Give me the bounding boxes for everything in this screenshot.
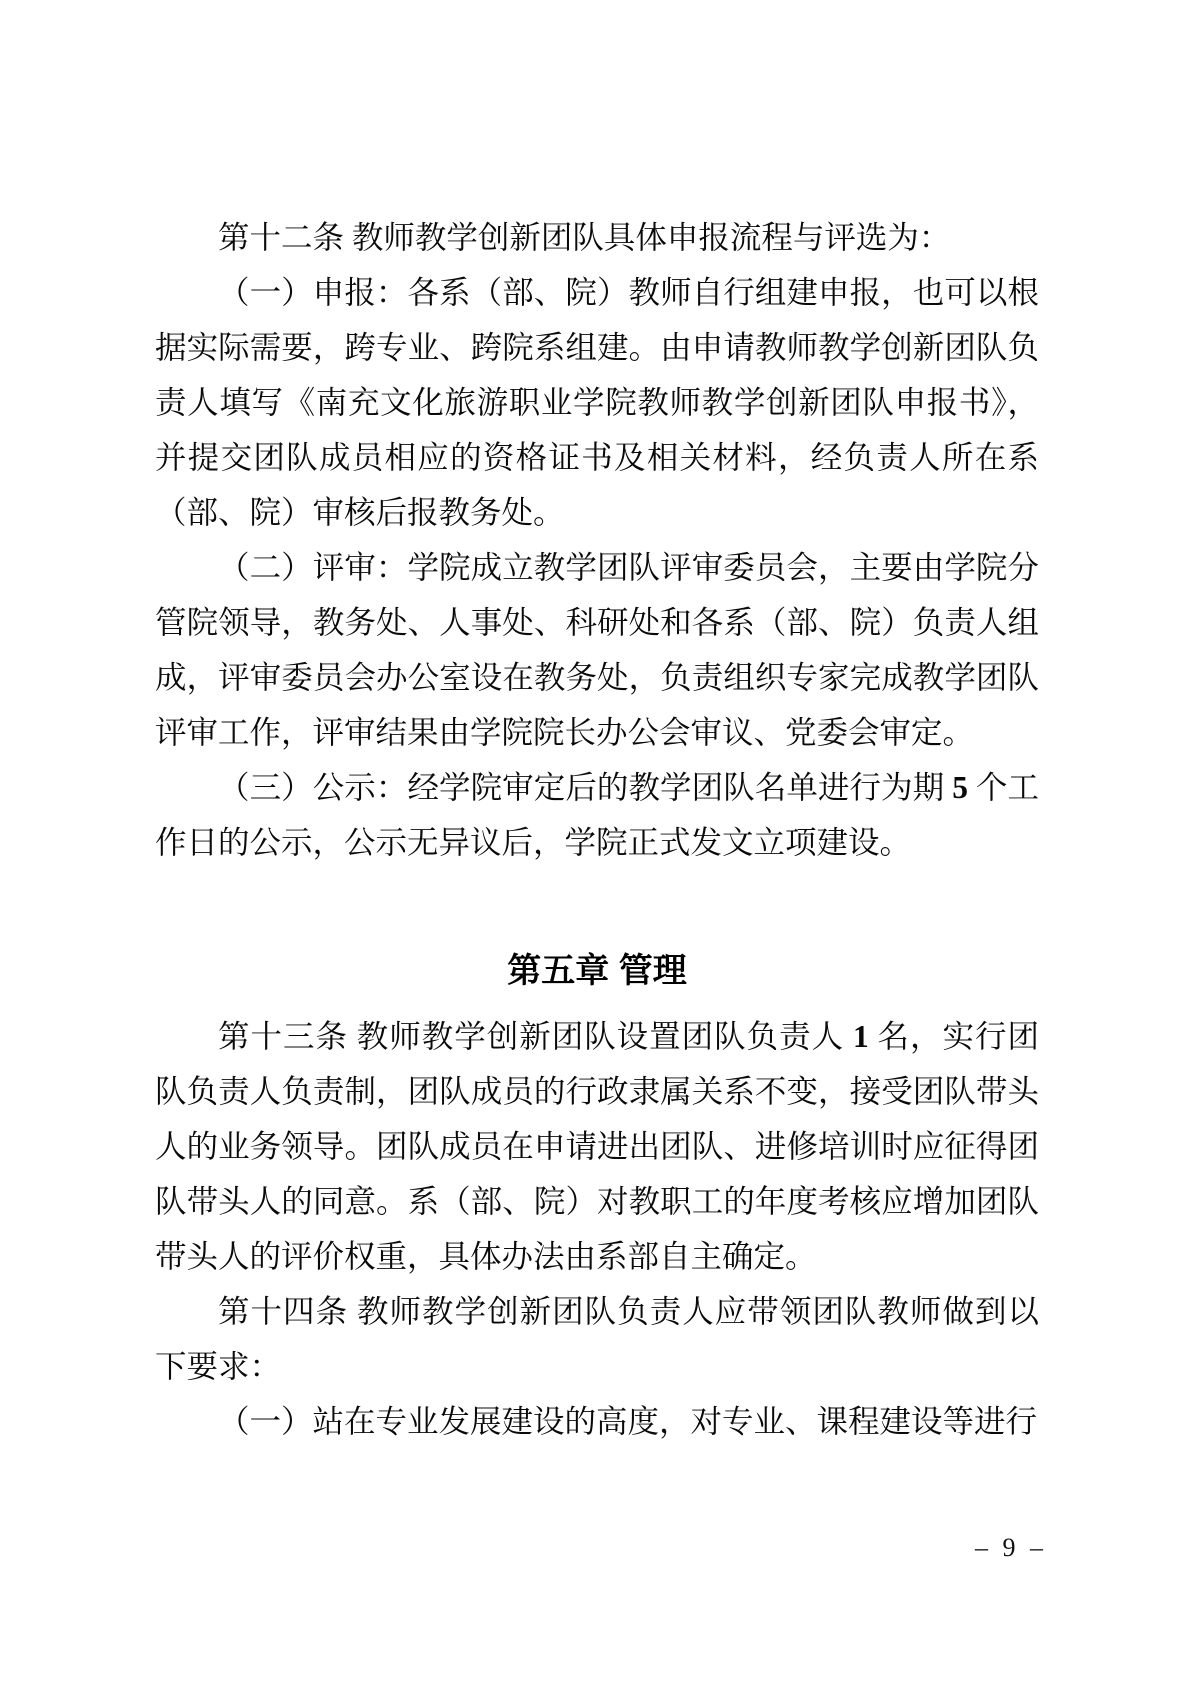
- document-body: 第十二条 教师教学创新团队具体申报流程与评选为：（一）申报：各系（部、院）教师自…: [155, 210, 1039, 1449]
- article-12-intro: 第十二条 教师教学创新团队具体申报流程与评选为：: [155, 210, 1039, 265]
- article-13: 第十三条 教师教学创新团队设置团队负责人 1 名，实行团队负责人负责制，团队成员…: [155, 1009, 1039, 1284]
- chapter-5-heading: 第五章 管理: [155, 944, 1039, 999]
- clause-application: （一）申报：各系（部、院）教师自行组建申报，也可以根据实际需要，跨专业、跨院系组…: [155, 265, 1039, 540]
- text-segment: 第十三条 教师教学创新团队设置团队负责人: [218, 1019, 853, 1054]
- page-number: – 9 –: [975, 1533, 1047, 1563]
- clause-requirement-1: （一）站在专业发展建设的高度，对专业、课程建设等进行: [155, 1394, 1039, 1449]
- article-14: 第十四条 教师教学创新团队负责人应带领团队教师做到以下要求：: [155, 1284, 1039, 1394]
- text-segment: 名，实行团队负责人负责制，团队成员的行政隶属关系不变，接受团队带头人的业务领导。…: [155, 1019, 1039, 1274]
- clause-review: （二）评审：学院成立教学团队评审委员会，主要由学院分管院领导，教务处、人事处、科…: [155, 540, 1039, 760]
- bold-text: 1: [853, 1019, 869, 1054]
- text-segment: （二）评审：学院成立教学团队评审委员会，主要由学院分管院领导，教务处、人事处、科…: [155, 550, 1039, 750]
- text-segment: （三）公示：经学院审定后的教学团队名单进行为期: [218, 770, 952, 805]
- bold-text: 第五章 管理: [507, 952, 686, 990]
- clause-publicity: （三）公示：经学院审定后的教学团队名单进行为期 5 个工作日的公示，公示无异议后…: [155, 760, 1039, 870]
- text-segment: 第十四条 教师教学创新团队负责人应带领团队教师做到以下要求：: [155, 1294, 1039, 1384]
- text-segment: （一）申报：各系（部、院）教师自行组建申报，也可以根据实际需要，跨专业、跨院系组…: [155, 275, 1039, 530]
- bold-text: 5: [952, 770, 968, 805]
- text-segment: 第十二条 教师教学创新团队具体申报流程与评选为：: [218, 220, 950, 255]
- text-segment: （一）站在专业发展建设的高度，对专业、课程建设等进行: [218, 1404, 1037, 1439]
- document-page: 第十二条 教师教学创新团队具体申报流程与评选为：（一）申报：各系（部、院）教师自…: [0, 0, 1190, 1683]
